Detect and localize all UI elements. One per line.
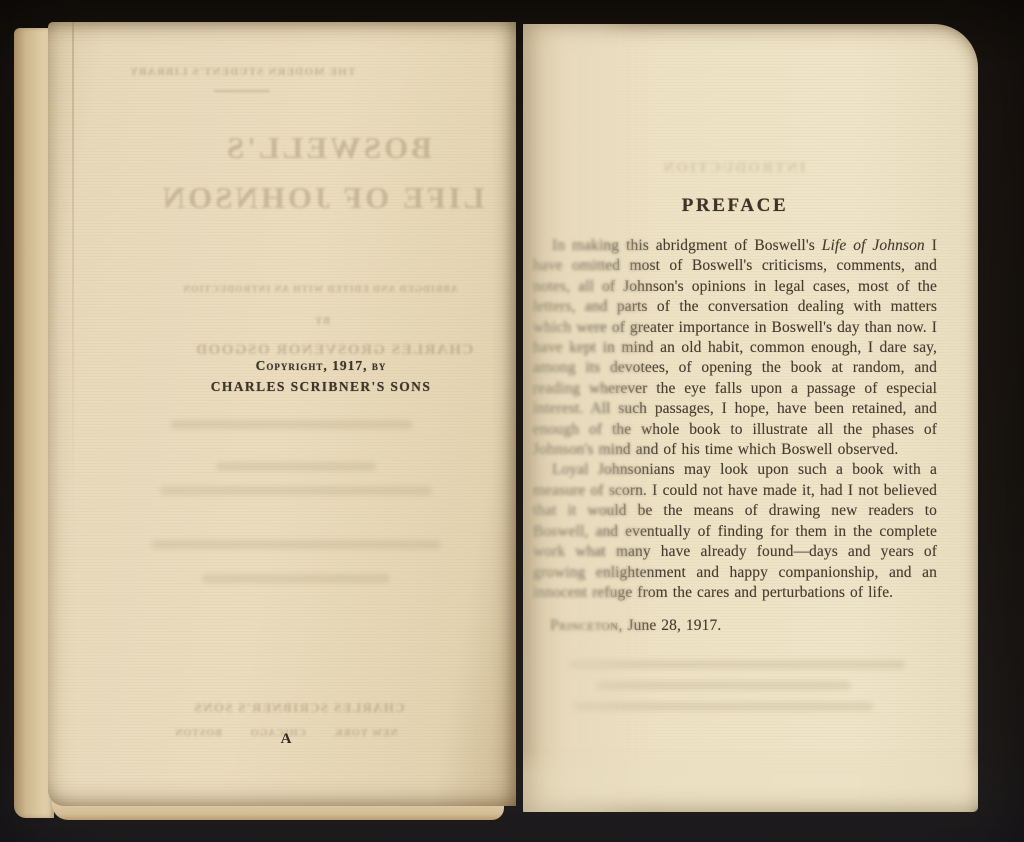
preface-heading: PREFACE [533,195,937,217]
ghost-subtitle: ABRIDGED AND EDITED WITH AN INTRODUCTION [86,285,554,295]
ghost-smudge [573,702,873,711]
ghost-smudge [170,420,413,429]
left-page: THE MODERN STUDENT'S LIBRARY BOSWELL'S L… [48,22,516,806]
ghost-by-label: BY [88,316,556,327]
paragraph1-text-before: In making this abridgment of Boswell's [552,237,822,254]
preface-paragraph-1: In making this abridgment of Boswell's L… [533,236,937,460]
dateline-date: , June 28, 1917. [619,617,722,634]
ghost-smudge [216,462,375,471]
ghost-smudge [569,660,906,669]
ghost-smudge [596,681,851,690]
ghost-series-title: THE MODERN STUDENT'S LIBRARY [8,66,476,78]
ghost-publisher: CHARLES SCRIBNER'S SONS [65,700,533,716]
ghost-title-line1: BOSWELL'S [94,130,562,166]
dateline-place: Princeton [550,617,619,634]
ghost-author: CHARLES GROSVENOR OSGOOD [100,342,568,359]
ghost-rule [214,90,270,92]
book-title-italic: Life of Johnson [822,237,925,254]
paragraph1-text-after: I have omitted most of Boswell's critici… [533,237,937,458]
signature-mark: A [52,731,520,748]
ghost-smudge [160,486,431,495]
ghost-introduction-heading: INTRODUCTION [506,160,961,177]
preface-body: In making this abridgment of Boswell's L… [533,236,937,637]
copyright-line1: Copyright, 1917, by [87,358,555,374]
ghost-smudge [202,574,389,583]
copyright-notice: Copyright, 1917, by CHARLES SCRIBNER'S S… [87,358,555,395]
right-page: INTRODUCTION PREFACE In making this abri… [523,24,978,812]
preface-paragraph-2: Loyal Johnsonians may look upon such a b… [533,460,937,603]
dateline: Princeton, June 28, 1917. [533,616,937,636]
ghost-smudge [151,540,441,549]
focus-blur-overlay-bottom [523,748,978,812]
copyright-line2: CHARLES SCRIBNER'S SONS [87,379,555,395]
ghost-title-line2: LIFE OF JOHNSON [88,180,556,216]
book-photo: THE MODERN STUDENT'S LIBRARY BOSWELL'S L… [0,0,1024,842]
